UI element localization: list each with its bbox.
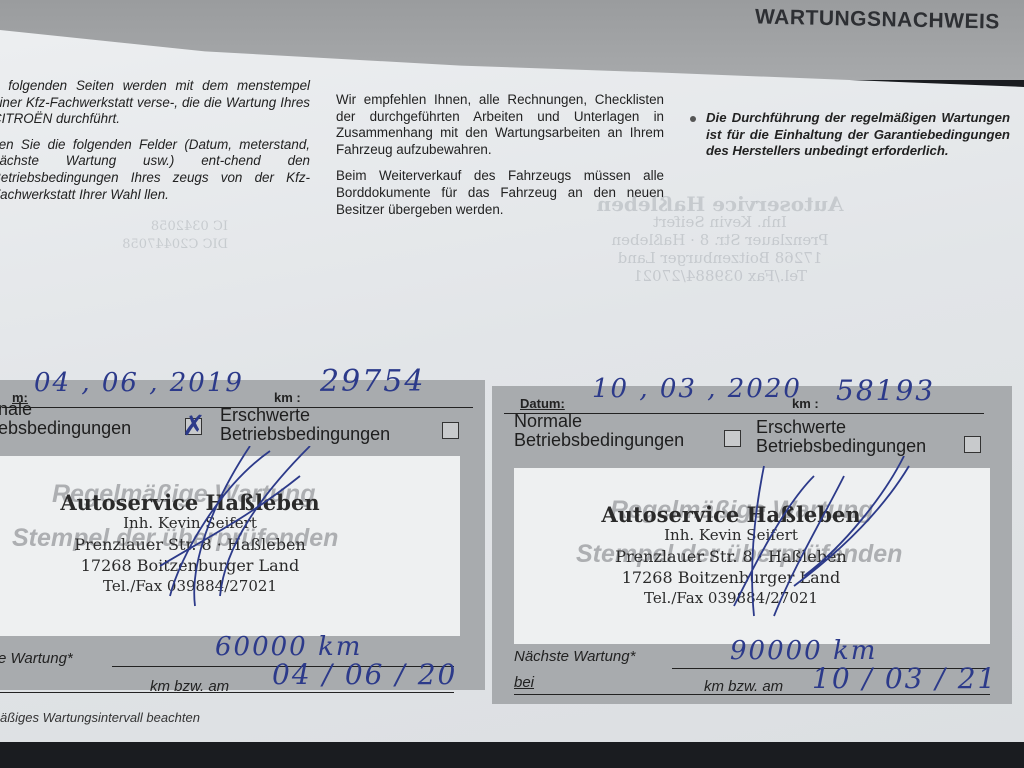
bei-label: bei bbox=[514, 674, 534, 691]
label-line: ebsbedingungen bbox=[0, 419, 131, 438]
workshop-stamp: Autoservice Haßleben Inh. Kevin Seifert … bbox=[596, 504, 866, 609]
label-line: Normale bbox=[514, 412, 684, 431]
label-line: Erschwerte bbox=[756, 418, 926, 437]
stamp-owner: Inh. Kevin Seifert bbox=[596, 525, 866, 546]
hard-conditions-checkbox[interactable] bbox=[442, 422, 459, 439]
label-line: Erschwerte bbox=[220, 406, 390, 425]
label-line: Betriebsbedingungen bbox=[514, 431, 684, 450]
workshop-stamp: Autoservice Haßleben Inh. Kevin Seifert … bbox=[40, 492, 340, 597]
bleed-through-stamp: Autoservice Haßleben Inh. Kevin Seifert … bbox=[590, 195, 850, 285]
ghost-code: IC 0342058 bbox=[88, 218, 228, 236]
ghost-line: Prenzlauer Str. 8 · Haßleben bbox=[590, 231, 850, 249]
stamp-name: Autoservice Haßleben bbox=[40, 492, 340, 513]
maintenance-record-1: m: 04 , 06 , 2019 km : 29754 nale ebsbed… bbox=[0, 380, 485, 690]
warranty-note-text: Die Durchführung der regelmäßigen Wartun… bbox=[690, 110, 1010, 160]
intro-mid-p1: Wir empfehlen Ihnen, alle Rechnungen, Ch… bbox=[336, 92, 664, 158]
intro-left-p1: e folgenden Seiten werden mit dem menste… bbox=[0, 78, 310, 128]
stamp-owner: Inh. Kevin Seifert bbox=[40, 513, 340, 534]
stamp-area: Regelmäßige Wartung Stempel der überprüf… bbox=[514, 468, 990, 644]
next-service-label: e Wartung* bbox=[0, 650, 73, 667]
datum-value[interactable]: 04 , 06 , 2019 bbox=[34, 368, 244, 398]
maintenance-record-2: Datum: 10 , 03 , 2020 km : 58193 Normale… bbox=[492, 386, 1012, 704]
bullet-icon bbox=[690, 116, 696, 122]
km-value[interactable]: 58193 bbox=[836, 374, 935, 407]
ghost-line: Tel./Fax 039884/27021 bbox=[590, 267, 850, 285]
normal-conditions-checkbox[interactable] bbox=[724, 430, 741, 447]
km-value[interactable]: 29754 bbox=[320, 364, 425, 399]
normal-conditions-label: nale ebsbedingungen bbox=[0, 400, 131, 438]
label-line: nale bbox=[0, 400, 131, 419]
stamp-phone: Tel./Fax 039884/27021 bbox=[596, 588, 866, 609]
ghost-code: DIC C20447058 bbox=[88, 236, 228, 254]
datum-value[interactable]: 10 , 03 , 2020 bbox=[592, 374, 802, 404]
stamp-phone: Tel./Fax 039884/27021 bbox=[40, 576, 340, 597]
bleed-through-codes: IC 0342058 DIC C20447058 bbox=[88, 218, 228, 254]
stamp-street: Prenzlauer Str. 8 · Haßleben bbox=[596, 546, 866, 567]
ghost-line: Autoservice Haßleben bbox=[590, 195, 850, 213]
normal-conditions-label: Normale Betriebsbedingungen bbox=[514, 412, 684, 450]
stamp-city: 17268 Boitzenburger Land bbox=[40, 555, 340, 576]
ghost-line: 17268 Boitzenburger Land bbox=[590, 249, 850, 267]
footnote: äßiges Wartungsintervall beachten bbox=[0, 710, 200, 725]
hard-conditions-label: Erschwerte Betriebsbedingungen bbox=[220, 406, 390, 444]
warranty-note: Die Durchführung der regelmäßigen Wartun… bbox=[690, 110, 1010, 160]
km-or-date-label: km bzw. am bbox=[704, 678, 783, 695]
normal-conditions-checkbox[interactable] bbox=[185, 418, 202, 435]
km-label: km : bbox=[274, 390, 301, 405]
stamp-area: Regelmäßige Wartung Stempel der überprüf… bbox=[0, 456, 460, 636]
hard-conditions-checkbox[interactable] bbox=[964, 436, 981, 453]
intro-left: e folgenden Seiten werden mit dem menste… bbox=[0, 78, 310, 212]
label-line: Betriebsbedingungen bbox=[220, 425, 390, 444]
next-service-label: Nächste Wartung* bbox=[514, 648, 635, 665]
next-date-line bbox=[0, 692, 454, 693]
datum-label: Datum: bbox=[520, 396, 565, 411]
hard-conditions-label: Erschwerte Betriebsbedingungen bbox=[756, 418, 926, 456]
km-label: km : bbox=[792, 396, 819, 411]
page-title: WARTUNGSNACHWEIS bbox=[755, 5, 1000, 34]
stamp-name: Autoservice Haßleben bbox=[596, 504, 866, 525]
next-date-value[interactable]: 04 / 06 / 20 bbox=[272, 658, 457, 691]
next-date-value[interactable]: 10 / 03 / 21 bbox=[812, 662, 997, 695]
stamp-city: 17268 Boitzenburger Land bbox=[596, 567, 866, 588]
intro-left-p2: sen Sie die folgenden Felder (Datum, met… bbox=[0, 137, 310, 203]
label-line: Betriebsbedingungen bbox=[756, 437, 926, 456]
stamp-street: Prenzlauer Str. 8 · Haßleben bbox=[40, 534, 340, 555]
